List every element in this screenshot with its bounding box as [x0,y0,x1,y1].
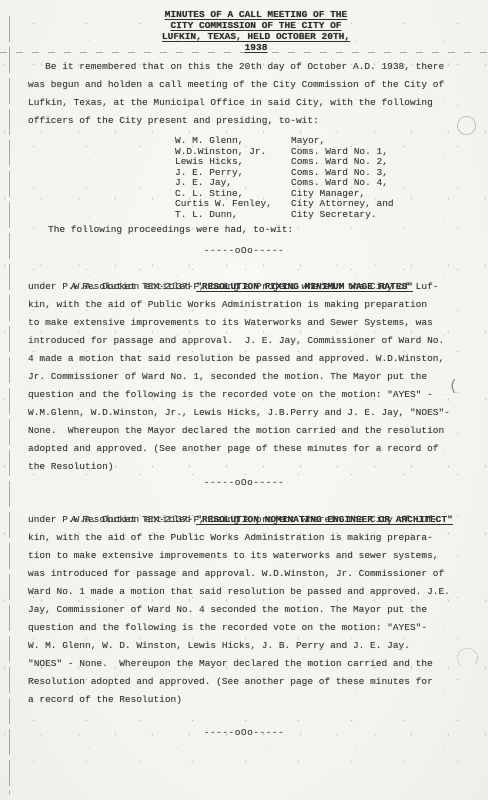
official-title: Coms. Ward No. 2, [291,157,388,168]
resolution2-body: under P.W.A. Docket TEX-2137-F, being a … [28,511,464,709]
official-row: T. L. Dunn, City Secretary. [175,210,394,221]
official-name: T. L. Dunn, [175,210,291,221]
opening-paragraph: Be it remembered that on this the 20th d… [28,58,464,130]
section-separator: -----oOo----- [0,245,488,256]
official-title: Mayor, [291,136,325,147]
official-name: W. M. Glenn, [175,136,291,147]
official-name: Lewis Hicks, [175,157,291,168]
official-row: W. M. Glenn, Mayor, [175,136,394,147]
official-row: Lewis Hicks, Coms. Ward No. 2, [175,157,394,168]
resolution1-body: under P.W.A. Docket TEX-2137-F, being a … [28,278,464,476]
document-title: MINUTES OF A CALL MEETING OF THE CITY CO… [0,9,488,53]
official-row: Curtis W. Fenley, City Attorney, and [175,199,394,210]
official-name: J. E. Jay, [175,178,291,189]
title-line-4: 1938 [24,42,488,53]
proceedings-line: The following proceedings were had, to-w… [48,224,293,235]
title-line-3: LUFKIN, TEXAS, HELD OCTOBER 20TH, [24,31,488,42]
official-row: J. E. Jay, Coms. Ward No. 4, [175,178,394,189]
official-name: Curtis W. Fenley, [175,199,291,210]
section-separator: -----oOo----- [0,727,488,738]
official-title: City Secretary. [291,210,377,221]
title-line-2: CITY COMMISSION OF THE CITY OF [24,20,488,31]
section-separator: -----oOo----- [0,477,488,488]
stray-paren-mark: ( [449,378,458,395]
left-margin-line [9,16,10,794]
officials-list: W. M. Glenn, Mayor, W.D.Winston, Jr. Com… [175,136,394,220]
scanned-minutes-page: MINUTES OF A CALL MEETING OF THE CITY CO… [0,0,488,800]
official-title: Coms. Ward No. 4, [291,178,388,189]
punch-hole-mark [457,648,478,668]
official-title: City Attorney, and [291,199,394,210]
title-line-1: MINUTES OF A CALL MEETING OF THE [24,9,488,20]
punch-hole-mark [457,116,476,135]
